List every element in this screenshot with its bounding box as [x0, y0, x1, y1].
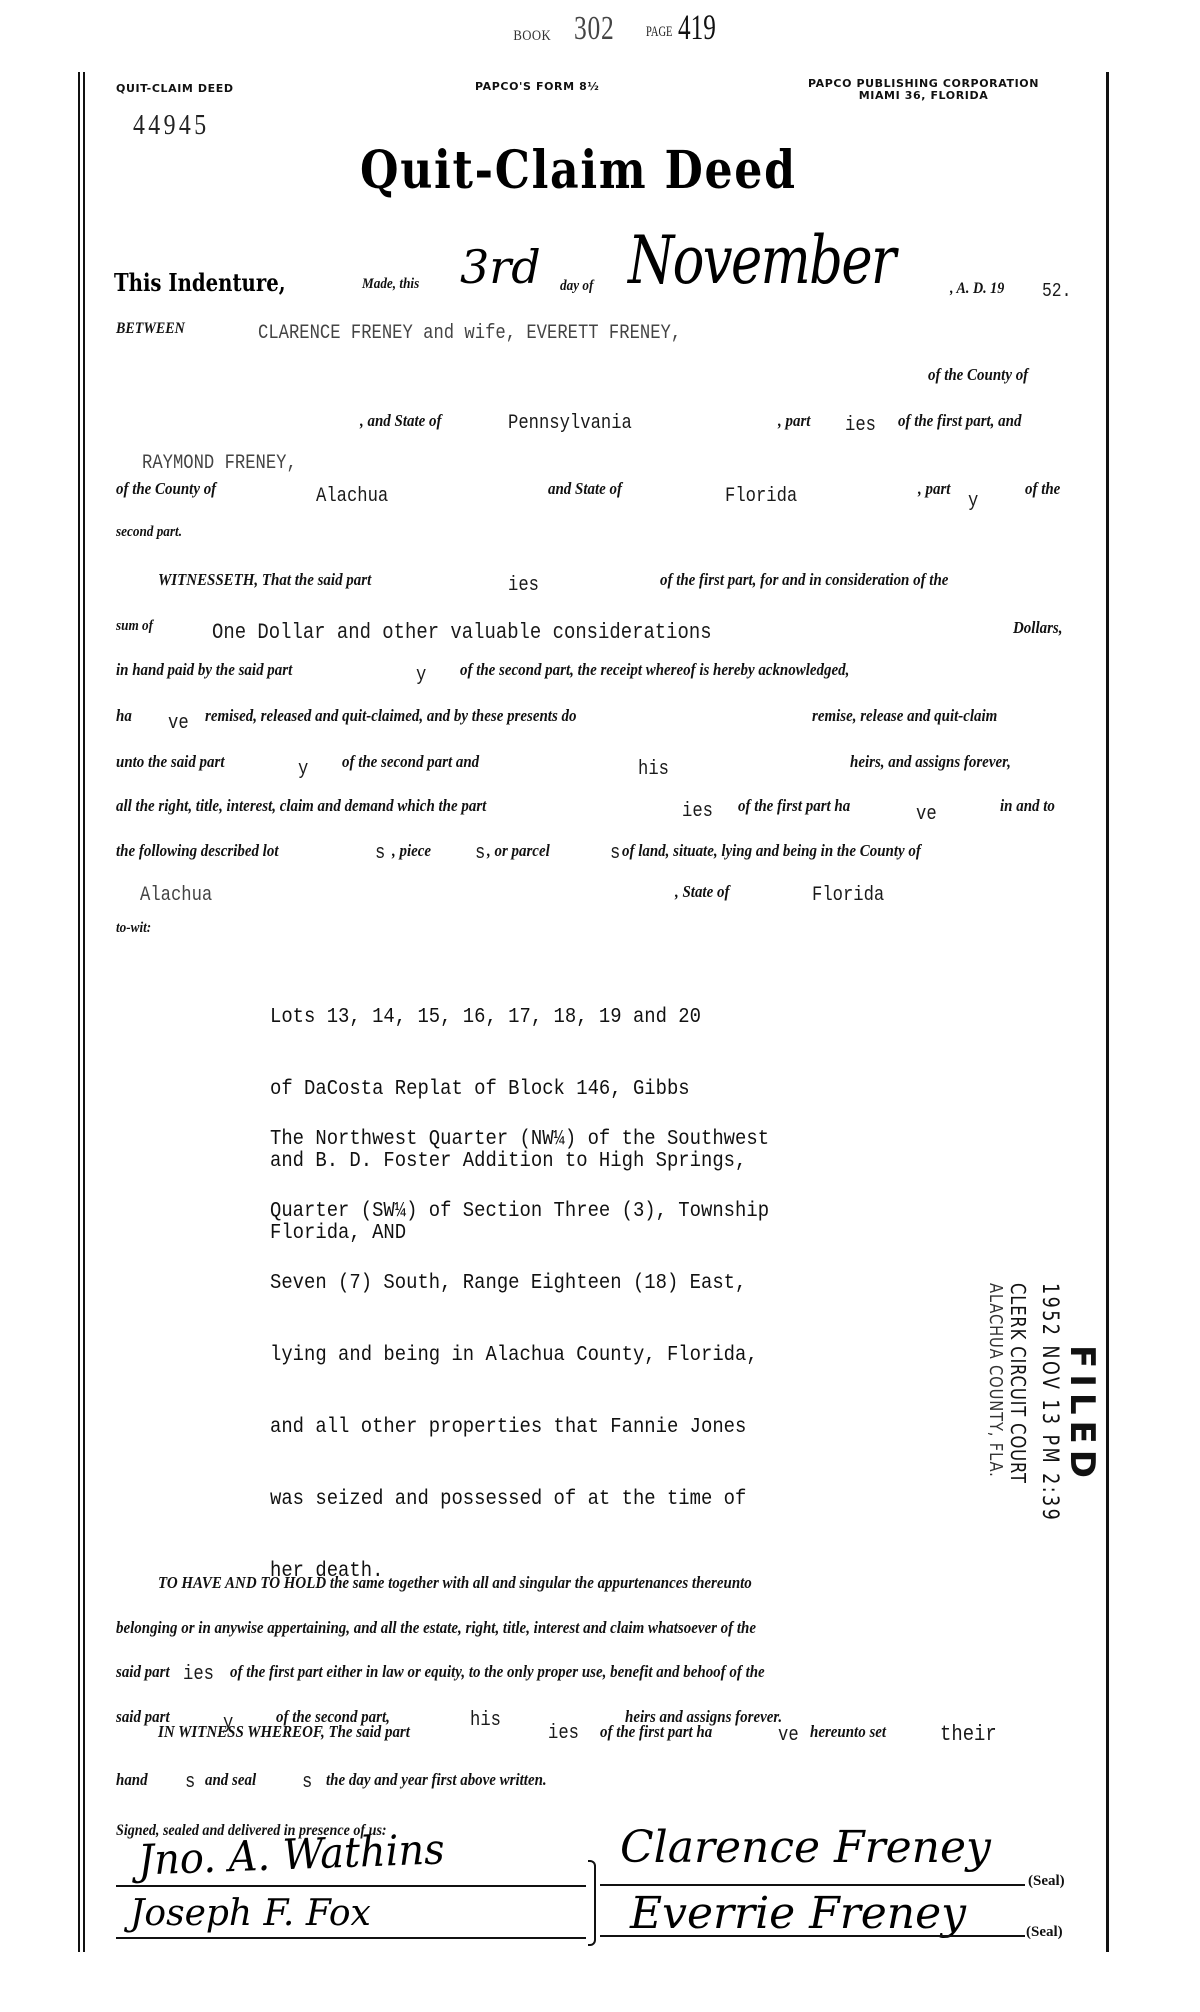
grantor-part-suffix: ies: [845, 414, 876, 437]
legal-line: Lots 13, 14, 15, 16, 17, 18, 19 and 20: [270, 1006, 746, 1030]
typed-fill: ies: [508, 574, 539, 597]
form-text: the day and year first above written.: [326, 1770, 547, 1790]
form-text: , or parcel: [487, 841, 550, 861]
handwritten-day: 3rd: [460, 240, 541, 294]
typed-fill: ies: [548, 1722, 579, 1745]
testimonium-text: IN WITNESS WHEREOF, The said part: [158, 1722, 410, 1742]
form-text: hand: [116, 1770, 148, 1790]
seal-label-1: (Seal): [1028, 1873, 1065, 1890]
form-text: in and to: [1000, 796, 1055, 816]
grantee-state-label: and State of: [548, 479, 622, 499]
first-part-label: of the first part, and: [898, 411, 1021, 431]
form-text: the following described lot: [116, 841, 278, 861]
publisher-city: MIAMI 36, FLORIDA: [808, 90, 1039, 102]
grantee-county-label: of the County of: [116, 479, 216, 499]
page-number: 419: [678, 6, 716, 48]
form-text: of the first part ha: [600, 1722, 712, 1742]
part-label: , part: [778, 411, 810, 431]
document-number: 44945: [133, 110, 210, 142]
typed-fill: his: [470, 1709, 501, 1732]
legal-line: lying and being in Alachua County, Flori…: [270, 1344, 769, 1368]
witness-signature-line-1: [116, 1885, 586, 1887]
and-state-of-label: , and State of: [360, 411, 441, 431]
habendum-text: belonging or in anywise appertaining, an…: [116, 1618, 756, 1638]
indenture-lead: This Indenture,: [114, 268, 286, 297]
typed-fill: s: [302, 1771, 312, 1794]
grantors-names: CLARENCE FRENEY and wife, EVERETT FRENEY…: [258, 322, 681, 345]
typed-fill: ve: [778, 1724, 799, 1747]
typed-fill: y: [416, 664, 426, 687]
legal-line: and all other properties that Fannie Jon…: [270, 1416, 769, 1440]
form-name-label: PAPCO'S FORM 8½: [475, 80, 599, 93]
grantor-signature-line-2: [600, 1935, 1025, 1937]
form-text: of the first part either in law or equit…: [230, 1662, 765, 1682]
page-label: PAGE: [646, 24, 672, 41]
grantor-signature-line-1: [600, 1884, 1025, 1886]
witness-signature-1: Jno. A. Wathins: [137, 1824, 445, 1884]
form-text: , piece: [392, 841, 431, 861]
form-text: heirs, and assigns forever,: [850, 752, 1011, 772]
form-text: and seal: [205, 1770, 256, 1790]
form-text: of the second part and: [342, 752, 479, 772]
seal-label-2: (Seal): [1026, 1924, 1063, 1941]
form-text: said part: [116, 1662, 170, 1682]
grantor-signature-1: Clarence Freney: [620, 1822, 991, 1873]
county-stamp-label: ALACHUA COUNTY, FLA.: [985, 1283, 1006, 1478]
ad-label: , A. D. 19: [950, 280, 1004, 298]
sum-of-label: sum of: [116, 618, 153, 635]
typed-fill: s: [375, 842, 385, 865]
habendum-text: TO HAVE AND TO HOLD the same together wi…: [158, 1573, 752, 1593]
grantee-part-suffix: y: [968, 490, 978, 513]
made-this-label: Made, this: [362, 276, 419, 293]
legal-line: Seven (7) South, Range Eighteen (18) Eas…: [270, 1272, 769, 1296]
legal-line: Quarter (SW¼) of Section Three (3), Town…: [270, 1200, 769, 1224]
form-type-label: QUIT-CLAIM DEED: [116, 82, 234, 95]
document-title: Quit-Claim Deed: [360, 140, 797, 201]
typed-fill: their: [940, 1722, 997, 1747]
property-state: Florida: [812, 884, 884, 907]
form-text: of the first part ha: [738, 796, 850, 816]
signature-bracket: [588, 1860, 596, 1946]
grantee-county: Alachua: [316, 485, 388, 508]
typed-fill: s: [475, 842, 485, 865]
grantor-state: Pennsylvania: [508, 412, 632, 435]
of-the-label: of the: [1025, 479, 1060, 499]
witnesseth-text: WITNESSETH, That the said part: [158, 570, 371, 590]
typed-fill: his: [638, 758, 669, 781]
grantee-part-label: , part: [918, 479, 950, 499]
day-of-label: day of: [560, 278, 593, 295]
typed-fill: ve: [916, 803, 937, 826]
left-border-rule: [78, 72, 80, 1952]
filed-label: FILED: [1062, 1345, 1102, 1484]
clerk-label: CLERK CIRCUIT COURT: [1006, 1283, 1030, 1484]
filed-datetime: 1952 NOV 13 PM 2:39: [1037, 1283, 1062, 1522]
dollars-label: Dollars,: [1013, 618, 1062, 638]
typed-fill: ies: [183, 1663, 214, 1686]
grantee-state: Florida: [725, 485, 797, 508]
left-border-rule-inner: [83, 72, 85, 1952]
legal-line: The Northwest Quarter (NW¼) of the South…: [270, 1128, 769, 1152]
county-of-label: of the County of: [928, 365, 1028, 385]
legal-line: was seized and possessed of at the time …: [270, 1488, 769, 1512]
form-text: of land, situate, lying and being in the…: [622, 841, 921, 861]
to-wit-label: to-wit:: [116, 920, 151, 937]
book-number: 302: [574, 10, 615, 48]
form-text: all the right, title, interest, claim an…: [116, 796, 486, 816]
second-part-label: second part.: [116, 524, 182, 541]
book-label: BOOK: [513, 28, 551, 45]
witness-signature-2: Joseph F. Fox: [130, 1893, 371, 1934]
form-text: of the first part, for and in considerat…: [660, 570, 948, 590]
right-border-rule: [1106, 72, 1109, 1952]
filed-stamp: FILED 1952 NOV 13 PM 2:39 CLERK CIRCUIT …: [930, 1275, 1100, 1525]
typed-fill: ies: [682, 800, 713, 823]
publisher-block: PAPCO PUBLISHING CORPORATION MIAMI 36, F…: [808, 78, 1039, 102]
form-text: remised, released and quit-claimed, and …: [205, 706, 576, 726]
typed-fill: ve: [168, 712, 189, 735]
property-county: Alachua: [140, 884, 212, 907]
typed-fill: y: [298, 758, 308, 781]
grantor-signature-2: Everrie Freney: [630, 1888, 966, 1939]
state-of-label: , State of: [675, 882, 729, 902]
between-label: BETWEEN: [116, 320, 185, 338]
handwritten-month: November: [628, 222, 895, 299]
grantee-name: RAYMOND FRENEY,: [142, 452, 297, 475]
witness-signature-line-2: [116, 1937, 586, 1939]
form-text: ha: [116, 706, 132, 726]
form-text: of the second part, the receipt whereof …: [460, 660, 849, 680]
form-text: remise, release and quit-claim: [812, 706, 997, 726]
year-value: 52.: [1042, 280, 1071, 302]
form-text: unto the said part: [116, 752, 225, 772]
legal-description-quarter: The Northwest Quarter (NW¼) of the South…: [270, 1080, 769, 1608]
form-text: hereunto set: [810, 1722, 886, 1742]
typed-fill: s: [610, 842, 620, 865]
form-text: in hand paid by the said part: [116, 660, 292, 680]
consideration-amount: One Dollar and other valuable considerat…: [212, 620, 712, 645]
typed-fill: s: [185, 1771, 195, 1794]
